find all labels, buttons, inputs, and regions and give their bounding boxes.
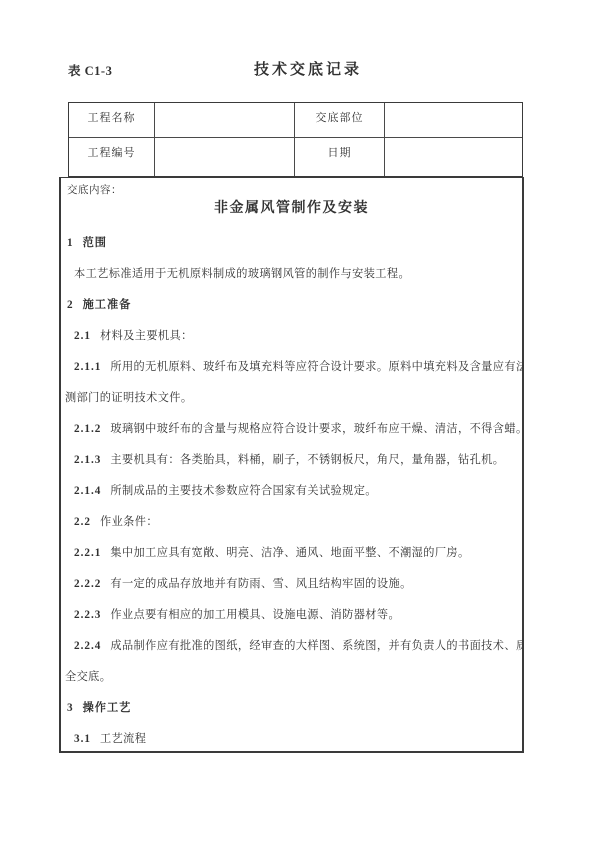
content-line: 本工艺标准适用于无机原料制成的玻璃钢风管的制作与安装工程。 xyxy=(61,266,522,297)
clause-text: 全交底。 xyxy=(65,671,111,683)
project-number-value xyxy=(155,138,295,176)
content-line: 2.1.4所制成品的主要技术参数应符合国家有关试验规定。 xyxy=(61,483,522,514)
clause-number: 1 xyxy=(67,237,74,249)
document-page: 表 C1-3 技术交底记录 工程名称 交底部位 工程编号 日期 交底内容： 非金… xyxy=(0,0,595,842)
content-line: 2.2.1集中加工应具有宽敞、明亮、洁净、通风、地面平整、不潮湿的厂房。 xyxy=(61,545,522,576)
content-line: 2.2作业条件： xyxy=(61,514,522,545)
disclosure-part-label: 交底部位 xyxy=(295,103,385,138)
content-title: 非金属风管制作及安装 xyxy=(61,197,522,217)
clause-text: 材料及主要机具： xyxy=(100,330,193,342)
clause-text: 玻璃钢中玻纤布的含量与规格应符合设计要求，玻纤布应干燥、清洁，不得含蜡。 xyxy=(110,423,522,435)
content-line: 2.2.2有一定的成品存放地并有防雨、雪、风且结构牢固的设施。 xyxy=(61,576,522,607)
clause-text: 操作工艺 xyxy=(83,702,132,714)
disclosure-part-value xyxy=(385,103,522,138)
form-code: 表 C1-3 xyxy=(68,61,112,79)
content-line: 2.1材料及主要机具： xyxy=(61,328,522,359)
content-line: 全交底。 xyxy=(61,669,522,700)
clause-number: 2.1 xyxy=(74,330,91,342)
content-line: 3操作工艺 xyxy=(61,700,522,731)
clause-text: 作业点要有相应的加工用模具、设施电源、消防器材等。 xyxy=(110,609,400,621)
content-label: 交底内容： xyxy=(67,182,122,197)
document-title: 技术交底记录 xyxy=(254,58,362,79)
date-label: 日期 xyxy=(295,138,385,176)
clause-text: 作业条件： xyxy=(100,516,158,528)
content-line: 2.2.3作业点要有相应的加工用模具、设施电源、消防器材等。 xyxy=(61,607,522,638)
clause-text: 成品制作应有批准的图纸，经审查的大样图、系统图，并有负责人的书面技术、质量、安 xyxy=(110,640,522,652)
content-line: 2.1.3主要机具有：各类胎具，料桶，刷子，不锈钢板尺，角尺，量角器，钻孔机。 xyxy=(61,452,522,483)
content-line: 1范围 xyxy=(61,235,522,266)
clause-text: 有一定的成品存放地并有防雨、雪、风且结构牢固的设施。 xyxy=(110,578,411,590)
clause-text: 所制成品的主要技术参数应符合国家有关试验规定。 xyxy=(110,485,377,497)
clause-text: 所用的无机原料、玻纤布及填充料等应符合设计要求。原料中填充料及含量应有法定检 xyxy=(110,361,522,373)
content-line: 2.1.2玻璃钢中玻纤布的含量与规格应符合设计要求，玻纤布应干燥、清洁，不得含蜡… xyxy=(61,421,522,452)
info-table: 工程名称 交底部位 工程编号 日期 xyxy=(68,102,523,177)
clause-number: 2.2 xyxy=(74,516,91,528)
clause-number: 2 xyxy=(67,299,74,311)
clause-number: 2.2.2 xyxy=(74,578,101,590)
disclosure-content-box: 交底内容： 非金属风管制作及安装 1范围 本工艺标准适用于无机原料制成的玻璃钢风… xyxy=(59,177,524,753)
clause-text: 测部门的证明技术文件。 xyxy=(65,392,192,404)
clause-number: 2.1.2 xyxy=(74,423,101,435)
clause-number: 2.1.1 xyxy=(74,361,101,373)
clause-text: 集中加工应具有宽敞、明亮、洁净、通风、地面平整、不潮湿的厂房。 xyxy=(110,547,469,559)
clause-number: 2.1.4 xyxy=(74,485,101,497)
clause-text: 范围 xyxy=(83,237,107,249)
project-name-label: 工程名称 xyxy=(69,103,155,138)
clause-text: 施工准备 xyxy=(83,299,132,311)
project-number-label: 工程编号 xyxy=(69,138,155,176)
content-body: 1范围 本工艺标准适用于无机原料制成的玻璃钢风管的制作与安装工程。 2施工准备 … xyxy=(61,235,522,751)
content-line: 2施工准备 xyxy=(61,297,522,328)
clause-text: 本工艺标准适用于无机原料制成的玻璃钢风管的制作与安装工程。 xyxy=(74,268,410,280)
content-line: 测部门的证明技术文件。 xyxy=(61,390,522,421)
clause-number: 2.2.1 xyxy=(74,547,101,559)
content-line: 2.1.1所用的无机原料、玻纤布及填充料等应符合设计要求。原料中填充料及含量应有… xyxy=(61,359,522,390)
project-name-value xyxy=(155,103,295,138)
clause-text: 主要机具有：各类胎具，料桶，刷子，不锈钢板尺，角尺，量角器，钻孔机。 xyxy=(110,454,504,466)
clause-number: 3 xyxy=(67,702,74,714)
date-value xyxy=(385,138,522,176)
clause-number: 2.1.3 xyxy=(74,454,101,466)
clause-number: 2.2.4 xyxy=(74,640,101,652)
content-line: 3.1工艺流程 xyxy=(61,731,522,751)
clause-number: 3.1 xyxy=(74,733,91,745)
clause-text: 工艺流程 xyxy=(100,733,146,745)
clause-number: 2.2.3 xyxy=(74,609,101,621)
content-line: 2.2.4成品制作应有批准的图纸，经审查的大样图、系统图，并有负责人的书面技术、… xyxy=(61,638,522,669)
